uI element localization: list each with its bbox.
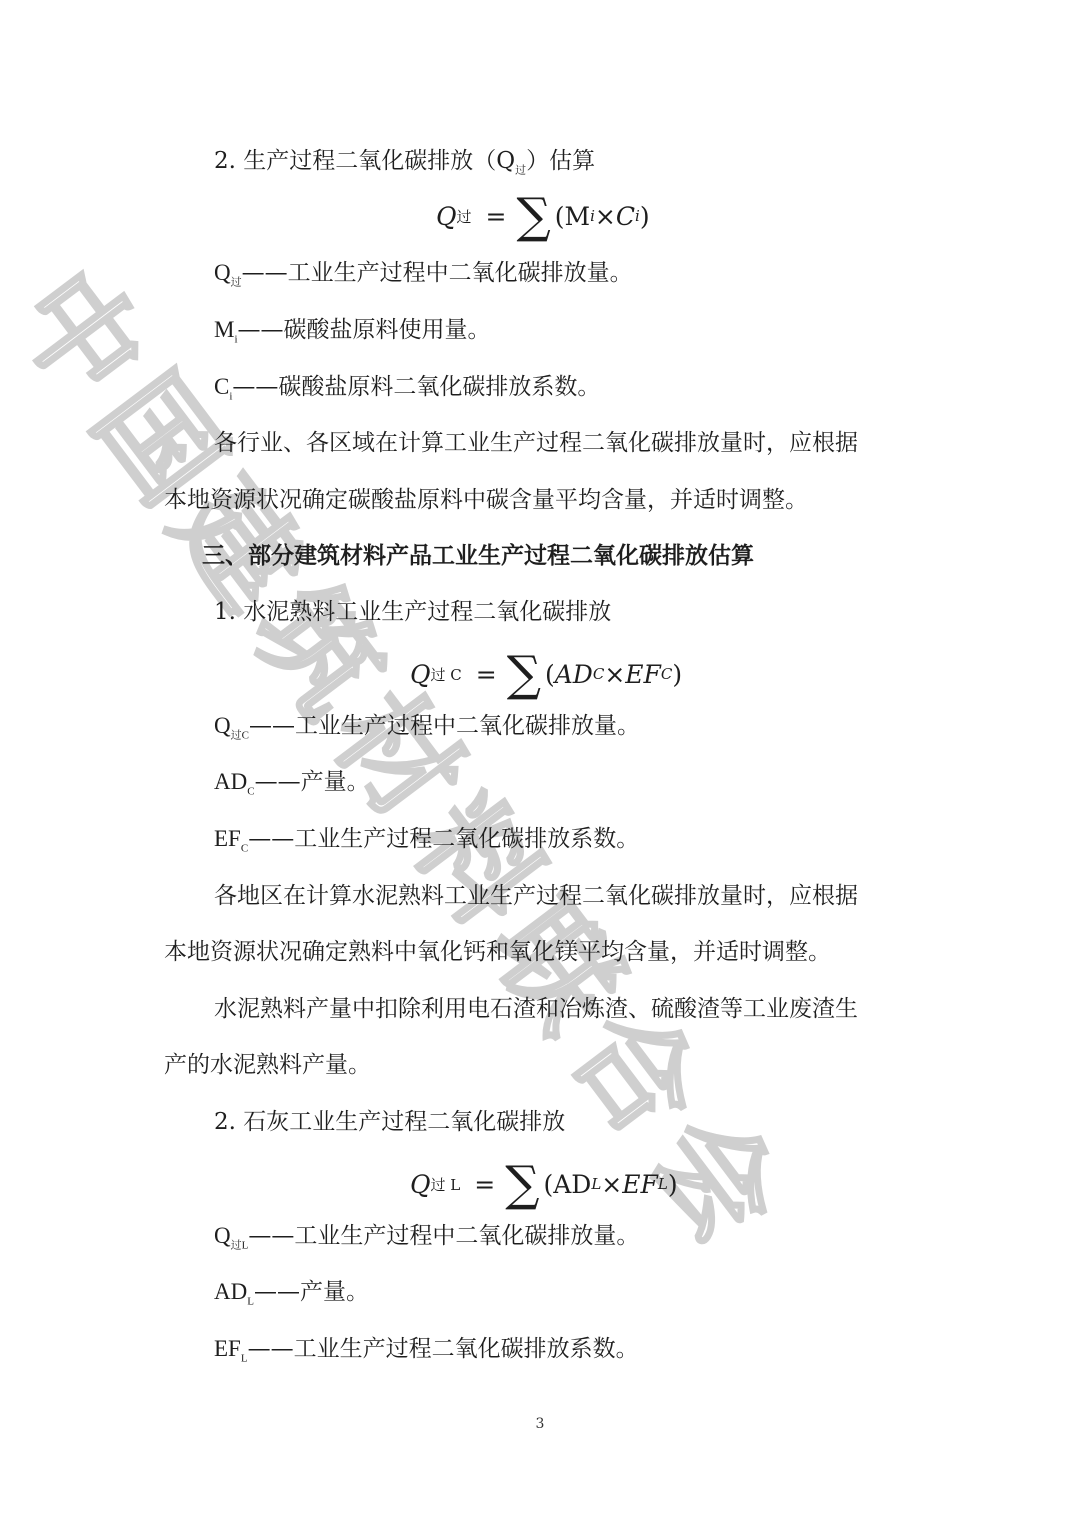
- definition-c: Ci——碳酸盐原料二氧化碳排放系数。: [214, 372, 600, 412]
- item-1-title: 1. 水泥熟料工业生产过程二氧化碳排放: [214, 597, 611, 627]
- paragraph-line: 产的水泥熟料产量。: [164, 1050, 371, 1080]
- definition-ad-lime: ADL——产量。: [214, 1277, 369, 1317]
- formula-q-cement: Q过 C = ∑ (ADC × EFC ): [410, 650, 682, 698]
- item-2-title: 2. 石灰工业生产过程二氧化碳排放: [214, 1107, 565, 1137]
- paragraph-line: 水泥熟料产量中扣除利用电石渣和冶炼渣、硫酸渣等工业废渣生: [214, 994, 858, 1024]
- definition-m: Mi——碳酸盐原料使用量。: [214, 315, 491, 355]
- definition-q-cement: Q过C——工业生产过程中二氧化碳排放量。: [214, 711, 640, 751]
- paragraph-line: 本地资源状况确定碳酸盐原料中碳含量平均含量，并适时调整。: [164, 485, 808, 515]
- definition-q-lime: Q过L——工业生产过程中二氧化碳排放量。: [214, 1221, 639, 1261]
- section-2-title: 2. 生产过程二氧化碳排放（Q过）估算: [214, 146, 595, 186]
- definition-ad-cement: ADC——产量。: [214, 767, 370, 807]
- definition-ef-cement: EFC——工业生产过程二氧化碳排放系数。: [214, 824, 639, 864]
- paragraph-line: 各行业、各区域在计算工业生产过程二氧化碳排放量时，应根据: [214, 428, 858, 458]
- page-number: 3: [0, 1416, 1080, 1432]
- formula-q-lime: Q过 L = ∑ (ADL × EFL ): [410, 1160, 678, 1208]
- paragraph-line: 本地资源状况确定熟料中氧化钙和氧化镁平均含量，并适时调整。: [164, 937, 831, 967]
- definition-ef-lime: EFL——工业生产过程二氧化碳排放系数。: [214, 1334, 639, 1374]
- formula-q-process: Q过 = ∑ (Mi × Ci ): [436, 192, 650, 240]
- definition-q: Q过——工业生产过程中二氧化碳排放量。: [214, 258, 633, 298]
- section-3-heading: 三、部分建筑材料产品工业生产过程二氧化碳排放估算: [202, 541, 754, 571]
- paragraph-line: 各地区在计算水泥熟料工业生产过程二氧化碳排放量时，应根据: [214, 881, 858, 911]
- document-page: 中国建筑材料联合会 2. 生产过程二氧化碳排放（Q过）估算 Q过 = ∑ (Mi…: [0, 0, 1080, 1527]
